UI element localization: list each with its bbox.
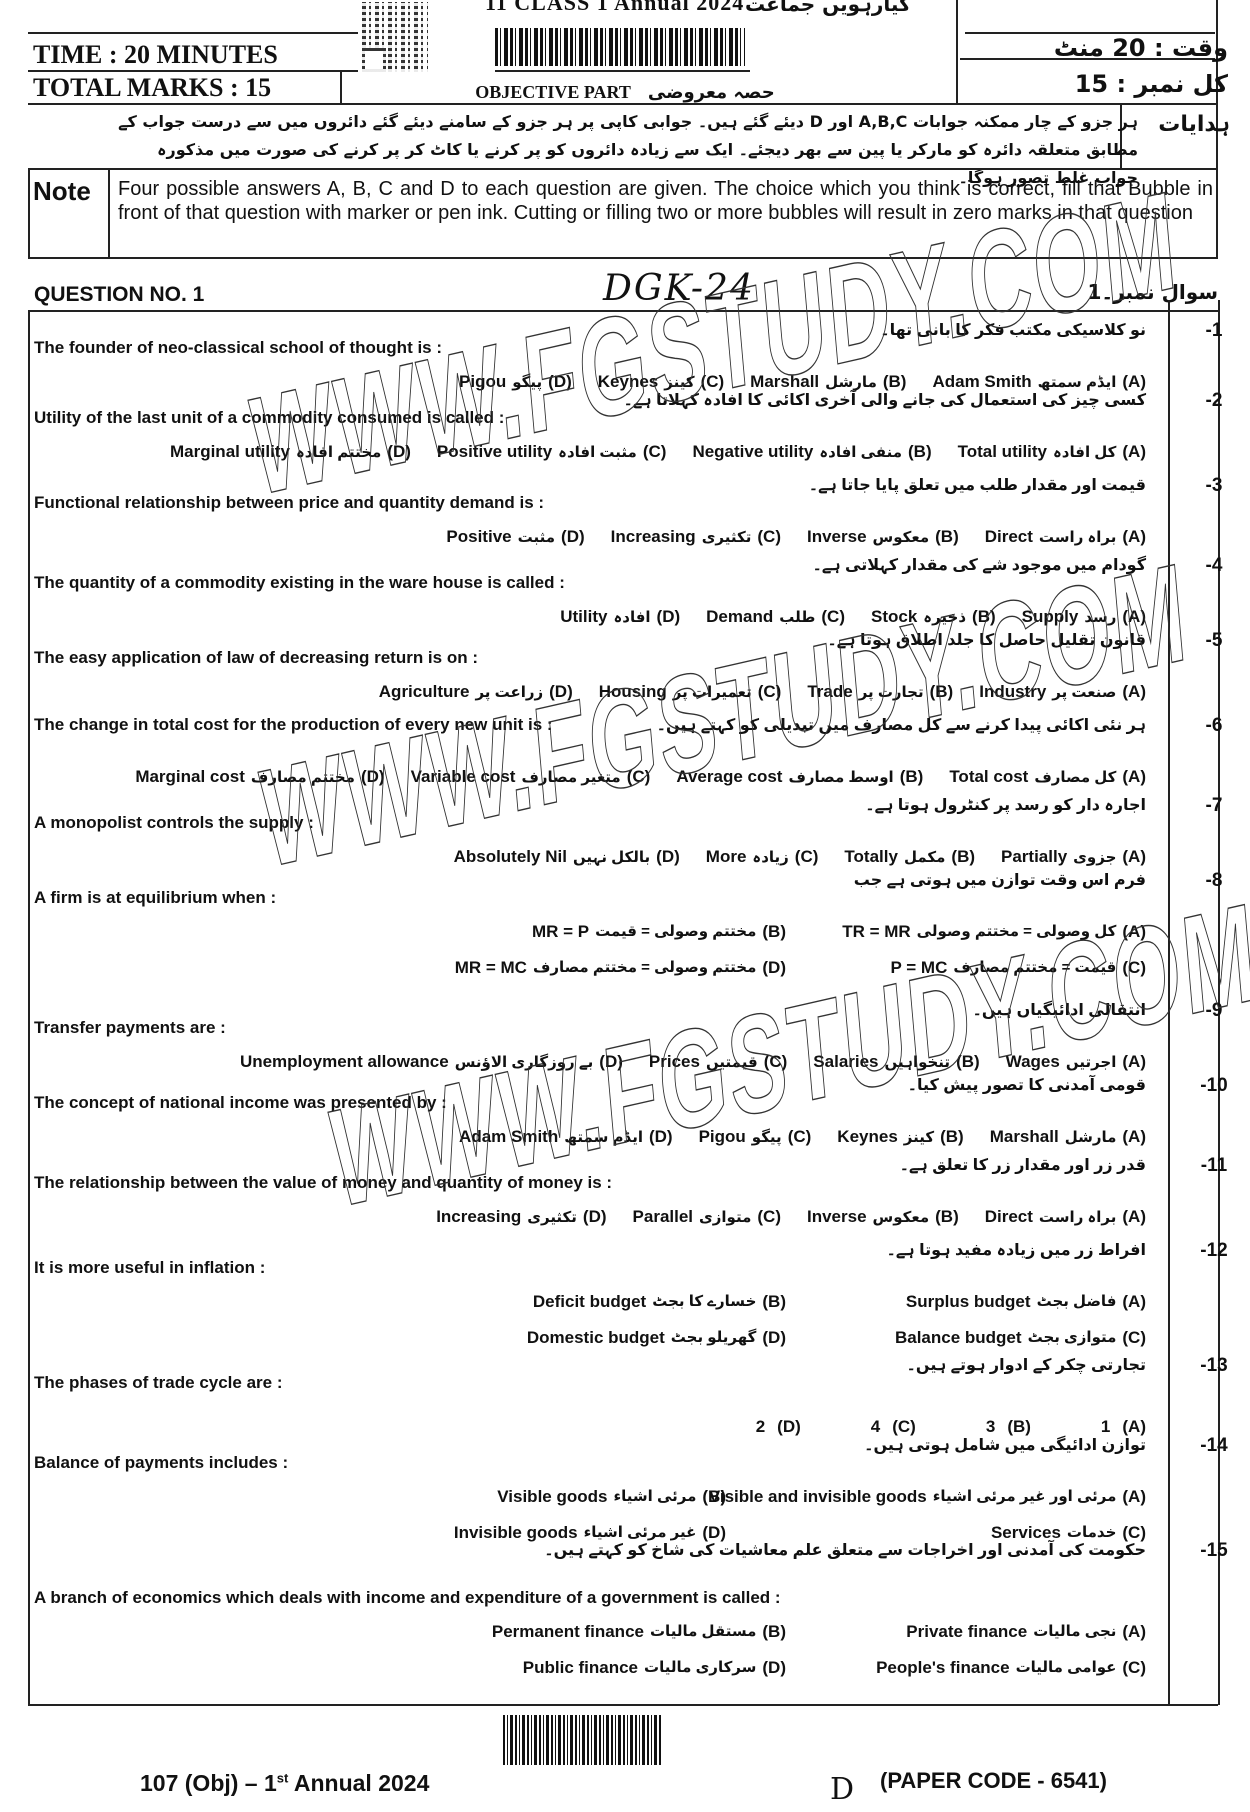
- option-text-urdu: مرئی اشیاء: [613, 1487, 696, 1507]
- option-text: Demand: [706, 607, 773, 627]
- option-key: (C): [758, 682, 782, 702]
- option-key: (B): [762, 1622, 786, 1642]
- question-text: A monopolist controls the supply :: [34, 813, 314, 833]
- option-key: (B): [900, 767, 924, 787]
- option-key: (D): [656, 847, 680, 867]
- answer-option[interactable]: (C)متوازیParallel: [633, 1207, 781, 1227]
- option-text-urdu: تجارت پر: [859, 683, 924, 701]
- option-text: MR = P: [532, 922, 589, 942]
- option-text-urdu: مارشل: [1065, 1128, 1117, 1146]
- option-key: (C): [764, 1052, 788, 1072]
- question-text-urdu: انتقالی ادائیگیاں ہیں۔: [972, 1000, 1146, 1020]
- answer-option[interactable]: (A)نجی مالیاتPrivate finance: [906, 1622, 1146, 1642]
- question-text: The easy application of law of decreasin…: [34, 648, 478, 668]
- answer-option[interactable]: (A)کل وصولی = مختتم وصولیTR = MR: [842, 922, 1146, 942]
- option-text: Total utility: [958, 442, 1047, 462]
- option-key: (B): [702, 1487, 726, 1507]
- option-text-urdu: زراعت پر: [475, 683, 543, 701]
- option-text: Salaries: [813, 1052, 878, 1072]
- option-key: (A): [1122, 442, 1146, 462]
- option-key: (A): [1122, 922, 1146, 942]
- option-text-urdu: معکوس: [873, 528, 930, 546]
- option-key: (B): [972, 607, 996, 627]
- question-number-title-urdu: سوال نمبر۔1: [1087, 280, 1218, 304]
- note-label: Note: [33, 176, 91, 207]
- option-text: Trade: [807, 682, 852, 702]
- option-text: Partially: [1001, 847, 1067, 867]
- option-text: 2: [756, 1417, 765, 1437]
- option-key: (B): [762, 1292, 786, 1312]
- time-label-urdu: وقت : 20 منٹ: [1054, 34, 1228, 62]
- question-text-urdu: نو کلاسیکی مکتب فکر کا بانی تھا۔: [880, 320, 1146, 340]
- answer-option[interactable]: (A)1: [1101, 1417, 1146, 1437]
- answer-option[interactable]: (B)منفی افادہNegative utility: [692, 442, 931, 462]
- question-text-urdu: ہر نئی اکائی پیدا کرنے سے کل مصارف میں ت…: [657, 715, 1146, 735]
- option-text: People's finance: [876, 1658, 1009, 1678]
- answer-option[interactable]: (C)زیادہMore: [706, 847, 819, 867]
- option-text-urdu: کل وصولی = مختتم وصولی: [917, 922, 1117, 942]
- option-key: (D): [599, 1052, 623, 1072]
- option-key: (C): [1122, 1658, 1146, 1678]
- option-text-urdu: پیگو: [752, 1128, 782, 1146]
- answer-option[interactable]: (B)معکوسInverse: [807, 527, 959, 547]
- option-key: (D): [561, 527, 585, 547]
- answer-option[interactable]: (D)تکثیریIncreasing: [436, 1207, 606, 1227]
- answer-option[interactable]: (B)اوسط مصارفAverage cost: [676, 767, 923, 787]
- options-row: (A)کل مصارفTotal cost(B)اوسط مصارفAverag…: [135, 767, 1146, 787]
- answer-option[interactable]: (B)خسارے کا بجٹDeficit budget: [533, 1292, 786, 1312]
- answer-option[interactable]: (C)تعمیرات پرHousing: [599, 682, 782, 702]
- option-text-urdu: کل افادہ: [1053, 443, 1116, 461]
- option-text: Public finance: [523, 1658, 638, 1678]
- option-key: (B): [1007, 1417, 1031, 1437]
- question-number: -15: [1194, 1540, 1234, 1562]
- option-text-urdu: جزوی: [1073, 848, 1116, 866]
- paper-series-suffix: Annual 2024: [288, 1770, 429, 1796]
- question-number-title: QUESTION NO. 1: [34, 283, 204, 307]
- option-text-urdu: مستقل مالیات: [650, 1622, 756, 1642]
- option-key: (D): [762, 958, 786, 978]
- answer-option[interactable]: (D)پیگوPigou: [459, 372, 572, 392]
- question-text: The concept of national income was prese…: [34, 1093, 447, 1113]
- answer-option[interactable]: (C)متغیر مصارفVariable cost: [411, 767, 651, 787]
- question-number: -12: [1194, 1240, 1234, 1262]
- answer-option[interactable]: (D)زراعت پرAgriculture: [379, 682, 573, 702]
- answer-option[interactable]: (B)تجارت پرTrade: [807, 682, 953, 702]
- option-text-urdu: مختتم وصولی = قیمت: [595, 922, 756, 942]
- option-text: Pigou: [459, 372, 506, 392]
- question-number: -13: [1194, 1355, 1234, 1377]
- answer-option[interactable]: (A)صنعت پرIndustry: [979, 682, 1146, 702]
- answer-option[interactable]: (A)ایڈم سمتھAdam Smith: [932, 372, 1146, 392]
- option-text-urdu: بالکل نہیں: [573, 848, 650, 866]
- option-key: (A): [1122, 1292, 1146, 1312]
- question-number: -7: [1194, 795, 1234, 817]
- option-text: Visible and invisible goods: [709, 1487, 927, 1507]
- option-text: Unemployment allowance: [240, 1052, 449, 1072]
- option-text-urdu: قیمت = مختتم مصارف: [953, 958, 1116, 978]
- option-key: (D): [657, 607, 681, 627]
- answer-option[interactable]: (C)مثبت افادہPositive utility: [437, 442, 667, 462]
- option-text: 3: [986, 1417, 995, 1437]
- option-text: Balance budget: [895, 1328, 1022, 1348]
- option-text: Marshall: [750, 372, 819, 392]
- option-text: Visible goods: [497, 1487, 607, 1507]
- note-text: Four possible answers A, B, C and D to e…: [118, 177, 1213, 225]
- option-key: (A): [1122, 847, 1146, 867]
- option-text-urdu: فاضل بجٹ: [1037, 1292, 1117, 1312]
- option-key: (D): [649, 1127, 673, 1147]
- option-key: (C): [757, 1207, 781, 1227]
- option-key: (B): [951, 847, 975, 867]
- option-key: (C): [643, 442, 667, 462]
- question-text-urdu: قدر زر اور مقدار زر کا تعلق ہے۔: [900, 1155, 1146, 1175]
- option-key: (A): [1122, 527, 1146, 547]
- options-row: (A)براہ راستDirect(B)معکوسInverse(C)تکثی…: [446, 527, 1146, 547]
- option-text-urdu: مارشل: [825, 373, 877, 391]
- question-text: The quantity of a commodity existing in …: [34, 573, 565, 593]
- option-text: Inverse: [807, 527, 867, 547]
- class-line-urdu: گیارہویں جماعت: [745, 0, 911, 16]
- option-text: Keynes: [837, 1127, 897, 1147]
- answer-option[interactable]: (D)گھریلو بجٹDomestic budget: [527, 1328, 786, 1348]
- options-row: (A)براہ راستDirect(B)معکوسInverse(C)متوا…: [436, 1207, 1146, 1227]
- options-row: (A)کل افادہTotal utility(B)منفی افادہNeg…: [170, 442, 1146, 462]
- paper-series-sup: st: [277, 1770, 289, 1785]
- answer-option[interactable]: (A)رسدSupply: [1022, 607, 1146, 627]
- option-text: Totally: [844, 847, 898, 867]
- option-key: (D): [549, 682, 573, 702]
- option-key: (A): [1122, 372, 1146, 392]
- answer-option[interactable]: (B)3: [986, 1417, 1031, 1437]
- option-text: Total cost: [949, 767, 1028, 787]
- option-text: Industry: [979, 682, 1046, 702]
- answer-option[interactable]: (A)اجرتیںWages: [1006, 1052, 1146, 1072]
- option-key: (A): [1122, 1417, 1146, 1437]
- question-text-urdu: افراط زر میں زیادہ مفید ہوتا ہے۔: [887, 1240, 1147, 1260]
- question-text-urdu: حکومت کی آمدنی اور اخراجات سے متعلق علم …: [544, 1540, 1146, 1560]
- option-text: Stock: [871, 607, 917, 627]
- option-text-urdu: تکثیری: [702, 528, 752, 546]
- option-key: (B): [762, 922, 786, 942]
- option-text-urdu: تنخواہیں: [885, 1053, 951, 1071]
- option-text-urdu: افادہ: [613, 608, 650, 626]
- answer-option[interactable]: (A)براہ راستDirect: [985, 1207, 1146, 1227]
- handwritten-mark: D: [830, 1772, 854, 1807]
- answer-option[interactable]: (B)تنخواہیںSalaries: [813, 1052, 979, 1072]
- time-label: TIME : 20 MINUTES: [33, 40, 278, 70]
- option-text-urdu: طلب: [779, 608, 815, 626]
- answer-option[interactable]: (C)قیمتیںPrices: [649, 1052, 787, 1072]
- option-key: (D): [762, 1658, 786, 1678]
- answer-option[interactable]: (C)تکثیریIncreasing: [611, 527, 781, 547]
- option-text: Adam Smith: [459, 1127, 558, 1147]
- option-text-urdu: پیگو: [512, 373, 542, 391]
- option-text-urdu: رسد: [1084, 608, 1116, 626]
- answer-option[interactable]: (D)مختتم مصارفMarginal cost: [135, 767, 384, 787]
- answer-option[interactable]: (C)کینزKeynes: [598, 372, 724, 392]
- option-text: Pigou: [699, 1127, 746, 1147]
- question-text-urdu: توازن ادائیگی میں شامل ہوتی ہیں۔: [864, 1435, 1146, 1455]
- paper-code: (PAPER CODE - 6541): [880, 1768, 1107, 1794]
- question-text: The relationship between the value of mo…: [34, 1173, 612, 1193]
- option-text-urdu: سرکاری مالیات: [644, 1658, 756, 1678]
- option-text-urdu: اجرتیں: [1066, 1053, 1117, 1071]
- option-key: (B): [940, 1127, 964, 1147]
- handwritten-center-code: DGK-24: [603, 268, 755, 309]
- option-text-urdu: قیمتیں: [706, 1053, 758, 1071]
- answer-option[interactable]: (D)مختتم وصولی = مختتم مصارفMR = MC: [455, 958, 786, 978]
- option-key: (B): [930, 682, 954, 702]
- answer-option[interactable]: (D)2: [756, 1417, 801, 1437]
- question-text-urdu: قیمت اور مقدار طلب میں تعلق پایا جاتا ہے…: [809, 475, 1146, 495]
- option-text-urdu: ایڈم سمتھ: [1038, 373, 1117, 391]
- question-text-urdu: گودام میں موجود شے کی مقدار کہلاتی ہے۔: [812, 555, 1146, 575]
- option-text: Marshall: [990, 1127, 1059, 1147]
- question-text: It is more useful in inflation :: [34, 1258, 265, 1278]
- option-text: Negative utility: [692, 442, 813, 462]
- option-text-urdu: زیادہ: [752, 848, 788, 866]
- question-text: A branch of economics which deals with i…: [34, 1588, 781, 1608]
- option-text: Wages: [1006, 1052, 1060, 1072]
- answer-option[interactable]: (B)مکملTotally: [844, 847, 975, 867]
- answer-option[interactable]: (A)مرئی اور غیر مرئی اشیاءVisible and in…: [709, 1487, 1146, 1507]
- option-key: (C): [795, 847, 819, 867]
- question-text: A firm is at equilibrium when :: [34, 888, 276, 908]
- question-number: -6: [1194, 715, 1234, 737]
- option-key: (A): [1122, 1052, 1146, 1072]
- answer-option[interactable]: (A)کل مصارفTotal cost: [949, 767, 1146, 787]
- option-text-urdu: مرئی اور غیر مرئی اشیاء: [933, 1487, 1117, 1507]
- question-text: Balance of payments includes :: [34, 1453, 288, 1473]
- question-text-urdu: فرم اس وقت توازن میں ہوتی ہے جب: [854, 870, 1146, 890]
- answer-option[interactable]: (D)بالکل نہیںAbsolutely Nil: [454, 847, 680, 867]
- question-text: Transfer payments are :: [34, 1018, 226, 1038]
- answer-option[interactable]: (A)فاضل بجٹSurplus budget: [906, 1292, 1146, 1312]
- option-text: Prices: [649, 1052, 700, 1072]
- option-text: Average cost: [676, 767, 782, 787]
- option-key: (A): [1122, 607, 1146, 627]
- option-key: (D): [762, 1328, 786, 1348]
- answer-option[interactable]: (C)4: [871, 1417, 916, 1437]
- question-text-urdu: قومی آمدنی کا تصور پیش کیا۔: [908, 1075, 1146, 1095]
- answer-option[interactable]: (B)مختتم وصولی = قیمتMR = P: [532, 922, 786, 942]
- option-key: (C): [892, 1417, 916, 1437]
- option-text: Utility: [560, 607, 607, 627]
- answer-option[interactable]: (B)معکوسInverse: [807, 1207, 959, 1227]
- answer-option[interactable]: (C)پیگوPigou: [699, 1127, 812, 1147]
- option-key: (D): [548, 372, 572, 392]
- option-text-urdu: مثبت افادہ: [558, 443, 637, 461]
- option-text-urdu: کینز: [664, 373, 694, 391]
- option-text-urdu: نجی مالیات: [1033, 1622, 1116, 1642]
- qr-code: [362, 2, 428, 72]
- option-text: Deficit budget: [533, 1292, 646, 1312]
- question-number: -4: [1194, 555, 1234, 577]
- option-key: (D): [583, 1207, 607, 1227]
- option-text-urdu: مکمل: [904, 848, 945, 866]
- paper-series-prefix: 107 (Obj) – 1: [140, 1770, 277, 1796]
- option-text-urdu: مختتم وصولی = مختتم مصارف: [533, 958, 756, 978]
- options-row: (A)صنعت پرIndustry(B)تجارت پرTrade(C)تعم…: [379, 682, 1146, 702]
- question-text-urdu: تجارتی چکر کے ادوار ہوتے ہیں۔: [907, 1355, 1146, 1375]
- answer-option[interactable]: (B)ذخیرہStock: [871, 607, 996, 627]
- option-text: Positive utility: [437, 442, 552, 462]
- answer-option[interactable]: (A)براہ راستDirect: [985, 527, 1146, 547]
- option-text-urdu: مثبت: [518, 528, 555, 546]
- option-text-urdu: تعمیرات پر: [673, 683, 752, 701]
- option-text: Domestic budget: [527, 1328, 665, 1348]
- option-key: (C): [757, 527, 781, 547]
- options-row: (A)ایڈم سمتھAdam Smith(B)مارشلMarshall(C…: [459, 372, 1146, 392]
- option-text: Direct: [985, 527, 1033, 547]
- option-key: (C): [1122, 1328, 1146, 1348]
- answer-option[interactable]: (B)مرئی اشیاءVisible goods: [497, 1487, 726, 1507]
- question-text: Functional relationship between price an…: [34, 493, 544, 513]
- answer-option[interactable]: (B)مستقل مالیاتPermanent finance: [492, 1622, 786, 1642]
- answer-option[interactable]: (D)مختتم افادہMarginal utility: [170, 442, 411, 462]
- option-text-urdu: صنعت پر: [1052, 683, 1116, 701]
- question-number: -11: [1194, 1155, 1234, 1177]
- options-row: (A)مارشلMarshall(B)کینزKeynes(C)پیگوPigo…: [459, 1127, 1146, 1147]
- option-text: Increasing: [436, 1207, 521, 1227]
- options-row: (A)1(B)3(C)4(D)2: [756, 1417, 1146, 1437]
- question-text-urdu: قانون تقلیل حاصل کا جلد اطلاق ہوتا ہے۔: [827, 630, 1146, 650]
- option-key: (D): [777, 1417, 801, 1437]
- question-number: -8: [1194, 870, 1234, 892]
- answer-option[interactable]: (A)کل افادہTotal utility: [958, 442, 1146, 462]
- question-text-urdu: کسی چیز کی استعمال کی جانے والی آخری اکا…: [623, 390, 1146, 410]
- question-text: The founder of neo-classical school of t…: [34, 338, 442, 358]
- option-text: P = MC: [891, 958, 948, 978]
- paper-series-code: 107 (Obj) – 1st Annual 2024: [140, 1770, 429, 1797]
- answer-option[interactable]: (D)مثبتPositive: [446, 527, 584, 547]
- answer-option[interactable]: (A)جزویPartially: [1001, 847, 1146, 867]
- option-text: Direct: [985, 1207, 1033, 1227]
- option-text: Increasing: [611, 527, 696, 547]
- answer-option[interactable]: (B)کینزKeynes: [837, 1127, 963, 1147]
- option-text-urdu: بے روزگاری الاؤنس: [455, 1053, 594, 1071]
- option-key: (A): [1122, 1127, 1146, 1147]
- option-text-urdu: مختتم مصارف: [251, 768, 355, 786]
- question-text: Utility of the last unit of a commodity …: [34, 408, 504, 428]
- option-text-urdu: عوامی مالیات: [1016, 1658, 1117, 1678]
- option-key: (D): [361, 767, 385, 787]
- answer-option[interactable]: (D)ایڈم سمتھAdam Smith: [459, 1127, 673, 1147]
- option-key: (A): [1122, 682, 1146, 702]
- option-text-urdu: منفی افادہ: [819, 443, 902, 461]
- answer-option[interactable]: (A)مارشلMarshall: [990, 1127, 1146, 1147]
- options-row: (A)رسدSupply(B)ذخیرہStock(C)طلبDemand(D)…: [560, 607, 1146, 627]
- answer-option[interactable]: (D)سرکاری مالیاتPublic finance: [523, 1658, 786, 1678]
- question-number: -9: [1194, 1000, 1234, 1022]
- instructions-label-urdu: ہدایات: [1158, 112, 1230, 137]
- option-text: TR = MR: [842, 922, 910, 942]
- answer-option[interactable]: (B)مارشلMarshall: [750, 372, 906, 392]
- option-text: Surplus budget: [906, 1292, 1031, 1312]
- option-text-urdu: گھریلو بجٹ: [671, 1328, 757, 1348]
- option-text-urdu: خسارے کا بجٹ: [652, 1292, 756, 1312]
- option-text-urdu: کل مصارف: [1034, 768, 1116, 786]
- question-text: The change in total cost for the product…: [34, 715, 553, 735]
- option-key: (C): [788, 1127, 812, 1147]
- answer-option[interactable]: (C)متوازی بجٹBalance budget: [895, 1328, 1146, 1348]
- option-key: (A): [1122, 1487, 1146, 1507]
- objective-part-en: OBJECTIVE PART: [475, 82, 631, 102]
- option-text-urdu: ایڈم سمتھ: [564, 1128, 643, 1146]
- option-text-urdu: ذخیرہ: [923, 608, 966, 626]
- answer-option[interactable]: (C)طلبDemand: [706, 607, 845, 627]
- option-text: Marginal cost: [135, 767, 245, 787]
- option-text: Variable cost: [411, 767, 516, 787]
- option-text-urdu: براہ راست: [1039, 1208, 1116, 1226]
- answer-option[interactable]: (C)قیمت = مختتم مصارفP = MC: [891, 958, 1146, 978]
- option-key: (C): [701, 372, 725, 392]
- option-text: Marginal utility: [170, 442, 290, 462]
- option-text: 1: [1101, 1417, 1110, 1437]
- option-text-urdu: تکثیری: [527, 1208, 577, 1226]
- option-key: (D): [387, 442, 411, 462]
- option-key: (B): [908, 442, 932, 462]
- option-text-urdu: متغیر مصارف: [521, 768, 620, 786]
- options-row: (A)اجرتیںWages(B)تنخواہیںSalaries(C)قیمت…: [240, 1052, 1146, 1072]
- question-text-urdu: اجارہ دار کو رسد پر کنٹرول ہوتا ہے۔: [865, 795, 1146, 815]
- option-text: Parallel: [633, 1207, 694, 1227]
- option-key: (C): [627, 767, 651, 787]
- options-row: (A)جزویPartially(B)مکملTotally(C)زیادہMo…: [454, 847, 1146, 867]
- answer-option[interactable]: (D)افادہUtility: [560, 607, 680, 627]
- option-key: (C): [821, 607, 845, 627]
- option-text: 4: [871, 1417, 880, 1437]
- answer-option[interactable]: (D)بے روزگاری الاؤنسUnemployment allowan…: [240, 1052, 623, 1072]
- barcode-top: [495, 28, 745, 66]
- option-text-urdu: متوازی: [699, 1208, 751, 1226]
- option-text: Positive: [446, 527, 511, 547]
- question-number: -14: [1194, 1435, 1234, 1457]
- question-number: -10: [1194, 1075, 1234, 1097]
- answer-option[interactable]: (C)عوامی مالیاتPeople's finance: [876, 1658, 1146, 1678]
- option-text: Absolutely Nil: [454, 847, 567, 867]
- option-key: (A): [1122, 767, 1146, 787]
- option-text-urdu: مختتم افادہ: [296, 443, 381, 461]
- option-key: (A): [1122, 1622, 1146, 1642]
- option-text: MR = MC: [455, 958, 527, 978]
- option-text: Private finance: [906, 1622, 1027, 1642]
- objective-part-title: OBJECTIVE PART حصہ معروضی: [0, 82, 1250, 103]
- question-number: -2: [1194, 390, 1234, 412]
- option-text-urdu: براہ راست: [1039, 528, 1116, 546]
- question-number: -3: [1194, 475, 1234, 497]
- option-text-urdu: کینز: [904, 1128, 934, 1146]
- option-text-urdu: متوازی بجٹ: [1028, 1328, 1117, 1348]
- option-text-urdu: اوسط مصارف: [788, 768, 893, 786]
- option-text-urdu: معکوس: [873, 1208, 930, 1226]
- objective-part-urdu: حصہ معروضی: [648, 82, 775, 103]
- option-key: (B): [935, 527, 959, 547]
- option-text: Agriculture: [379, 682, 470, 702]
- option-text: Housing: [599, 682, 667, 702]
- option-text: More: [706, 847, 747, 867]
- question-number: -1: [1194, 320, 1234, 342]
- option-key: (A): [1122, 1207, 1146, 1227]
- question-text: The phases of trade cycle are :: [34, 1373, 283, 1393]
- option-text: Supply: [1022, 607, 1079, 627]
- option-key: (B): [883, 372, 907, 392]
- option-text: Permanent finance: [492, 1622, 644, 1642]
- option-text: Keynes: [598, 372, 658, 392]
- option-key: (C): [1122, 958, 1146, 978]
- option-text: Adam Smith: [932, 372, 1031, 392]
